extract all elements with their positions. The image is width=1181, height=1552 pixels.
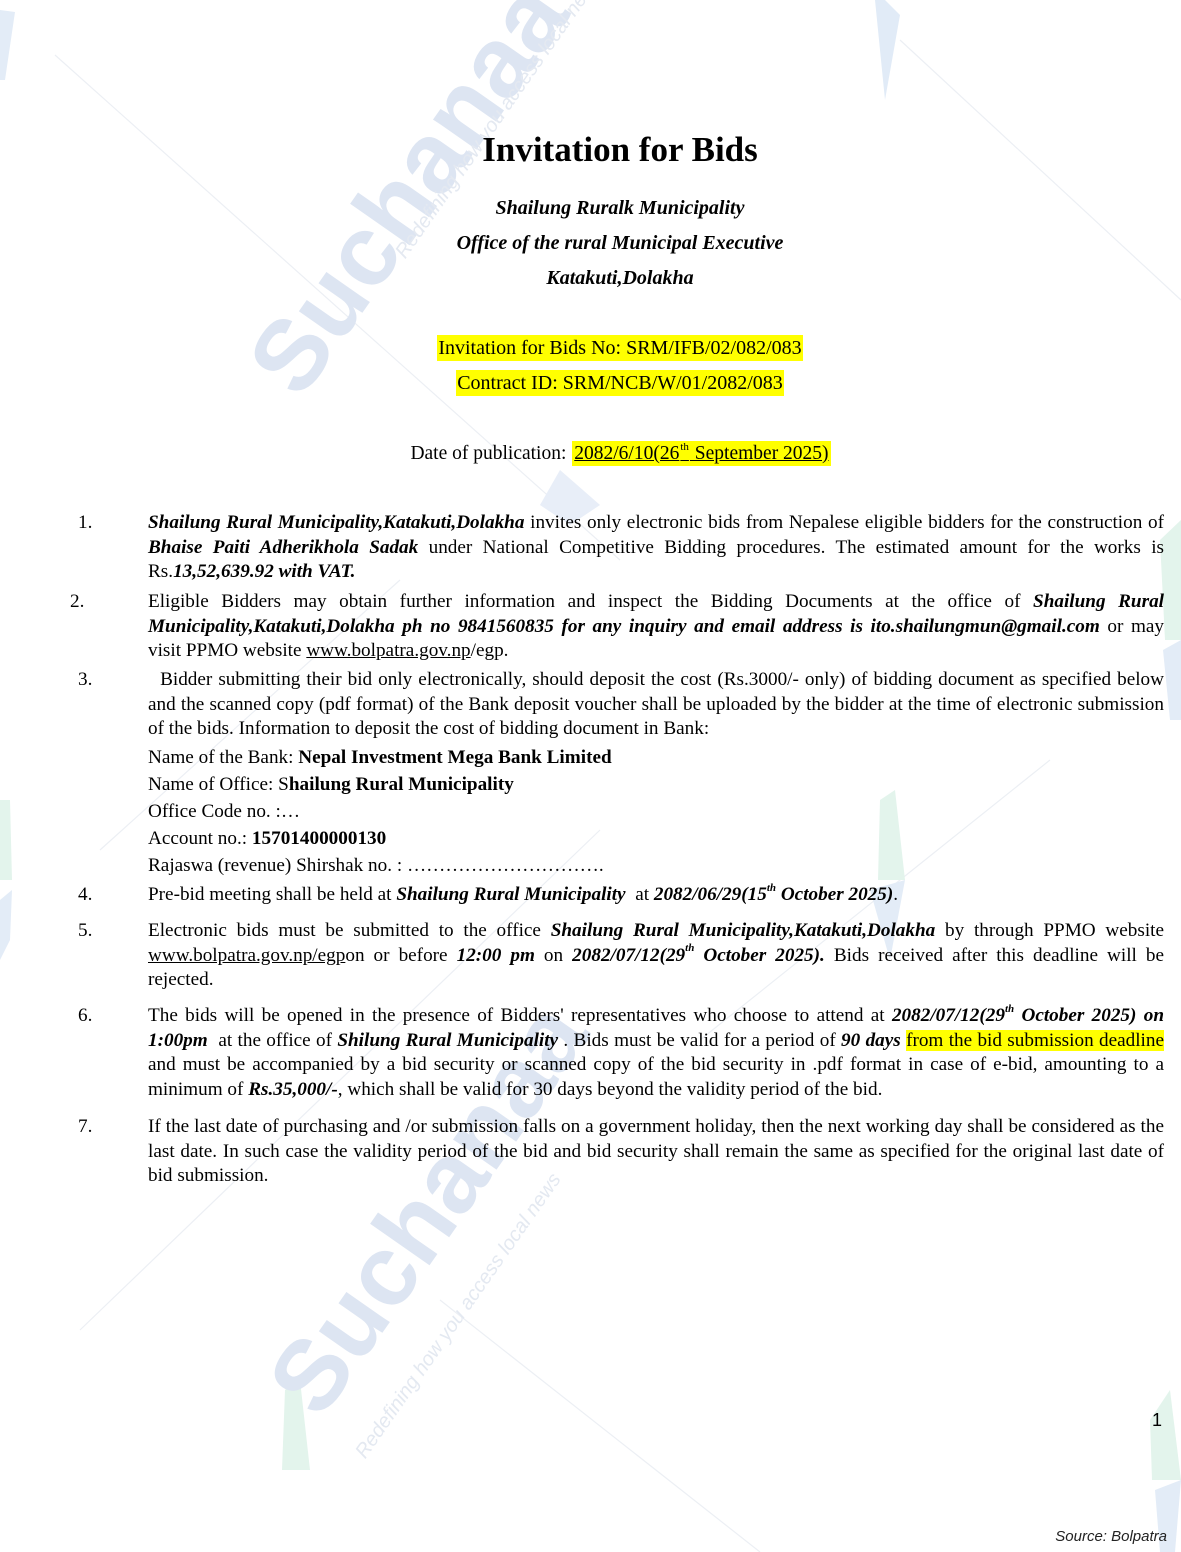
source-credit: Source: Bolpatra	[1055, 1528, 1167, 1545]
publication-date-value: 2082/6/10(26th September 2025)	[572, 441, 830, 466]
page-number: 1	[1152, 1410, 1162, 1431]
bolpatra-link[interactable]: www.bolpatra.gov.np	[306, 640, 470, 661]
office-code: Office Code no. :…	[148, 798, 1164, 825]
publication-date: Date of publication: 2082/6/10(26th Sept…	[0, 443, 1181, 465]
bank-name: Name of the Bank: Nepal Investment Mega …	[148, 744, 1164, 771]
account-number: Account no.: 15701400000130	[148, 825, 1164, 852]
rajaswa-number: Rajaswa (revenue) Shirshak no. : ……………………	[148, 852, 1164, 879]
issuer-location: Katakuti,Dolakha	[0, 267, 1181, 290]
office-name: Name of Office: Shailung Rural Municipal…	[148, 771, 1164, 798]
document-title: Invitation for Bids	[0, 130, 1181, 170]
watermark-tagline: Redefining how you access local news	[351, 1169, 566, 1463]
issuer-office: Office of the rural Municipal Executive	[0, 232, 1181, 255]
issuer-name: Shailung Ruralk Municipality	[0, 197, 1181, 220]
bolpatra-egp-link[interactable]: www.bolpatra.gov.np/egp	[148, 945, 345, 966]
ifb-number: Invitation for Bids No: SRM/IFB/02/082/0…	[0, 337, 1181, 360]
highlighted-text: from the bid submission deadline	[906, 1030, 1164, 1051]
contract-id: Contract ID: SRM/NCB/W/01/2082/083	[0, 372, 1181, 395]
